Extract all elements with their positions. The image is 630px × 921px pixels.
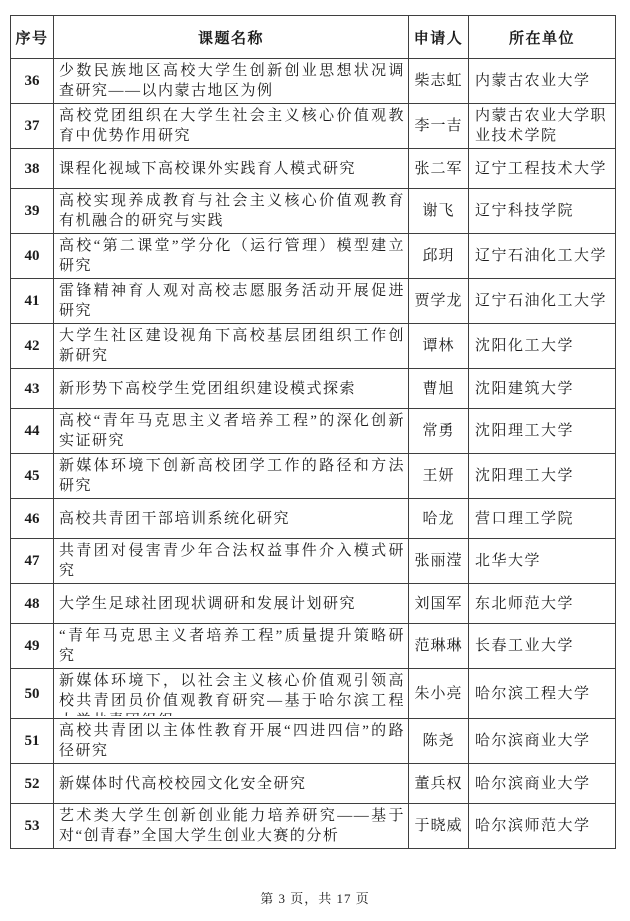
row-number-cell: 38 (11, 149, 54, 189)
row-number-cell: 39 (11, 189, 54, 234)
topic-title-cell: 高校“第二课堂”学分化（运行管理）模型建立研究 (54, 234, 409, 279)
applicant-cell: 王妍 (409, 454, 469, 499)
topics-table: 序号 课题名称 申请人 所在单位 36少数民族地区高校大学生创新创业思想状况调查… (10, 15, 616, 849)
unit-cell: 北华大学 (469, 539, 616, 584)
table-row: 49“青年马克思主义者培养工程”质量提升策略研究范琳琳长春工业大学 (11, 624, 616, 669)
unit-cell: 沈阳化工大学 (469, 324, 616, 369)
topic-title-text: 新形势下高校学生党团组织建设模式探索 (59, 379, 405, 399)
unit-cell: 辽宁工程技术大学 (469, 149, 616, 189)
applicant-cell: 张二军 (409, 149, 469, 189)
header-applicant: 申请人 (409, 16, 469, 59)
topic-title-cell: 高校党团组织在大学生社会主义核心价值观教育中优势作用研究 (54, 104, 409, 149)
applicant-cell: 谭林 (409, 324, 469, 369)
row-number-cell: 49 (11, 624, 54, 669)
topic-title-cell: 高校实现养成教育与社会主义核心价值观教育有机融合的研究与实践 (54, 189, 409, 234)
topic-title-text: 新媒体环境下，以社会主义核心价值观引领高校共青团员价值观教育研究—基于哈尔滨工程… (59, 671, 405, 716)
applicant-cell: 柴志虹 (409, 59, 469, 104)
unit-cell: 哈尔滨工程大学 (469, 669, 616, 719)
topic-title-cell: 雷锋精神育人观对高校志愿服务活动开展促进研究 (54, 279, 409, 324)
topic-title-text: 新媒体时代高校校园文化安全研究 (59, 774, 405, 794)
topic-title-cell: 高校共青团以主体性教育开展“四进四信”的路径研究 (54, 719, 409, 764)
topic-title-text: 共青团对侵害青少年合法权益事件介入模式研究 (59, 541, 405, 581)
topic-title-text: 大学生社区建设视角下高校基层团组织工作创新研究 (59, 326, 405, 366)
topic-title-cell: 大学生足球社团现状调研和发展计划研究 (54, 584, 409, 624)
row-number-cell: 46 (11, 499, 54, 539)
topic-title-text: 高校共青团干部培训系统化研究 (59, 509, 405, 529)
row-number-cell: 47 (11, 539, 54, 584)
row-number-cell: 43 (11, 369, 54, 409)
unit-cell: 沈阳理工大学 (469, 454, 616, 499)
topic-title-text: 少数民族地区高校大学生创新创业思想状况调查研究——以内蒙古地区为例 (59, 61, 405, 101)
topic-title-cell: 艺术类大学生创新创业能力培养研究——基于对“创青春”全国大学生创业大赛的分析 (54, 804, 409, 849)
header-no: 序号 (11, 16, 54, 59)
table-row: 43新形势下高校学生党团组织建设模式探索曹旭沈阳建筑大学 (11, 369, 616, 409)
row-number-cell: 50 (11, 669, 54, 719)
table-row: 53艺术类大学生创新创业能力培养研究——基于对“创青春”全国大学生创业大赛的分析… (11, 804, 616, 849)
unit-cell: 沈阳建筑大学 (469, 369, 616, 409)
row-number-cell: 45 (11, 454, 54, 499)
topic-title-text: 高校实现养成教育与社会主义核心价值观教育有机融合的研究与实践 (59, 191, 405, 231)
applicant-cell: 于晓威 (409, 804, 469, 849)
header-row: 序号 课题名称 申请人 所在单位 (11, 16, 616, 59)
unit-cell: 内蒙古农业大学职业技术学院 (469, 104, 616, 149)
topic-title-text: 高校“第二课堂”学分化（运行管理）模型建立研究 (59, 236, 405, 276)
unit-cell: 哈尔滨师范大学 (469, 804, 616, 849)
header-title: 课题名称 (54, 16, 409, 59)
table-row: 36少数民族地区高校大学生创新创业思想状况调查研究——以内蒙古地区为例柴志虹内蒙… (11, 59, 616, 104)
unit-cell: 哈尔滨商业大学 (469, 764, 616, 804)
unit-cell: 哈尔滨商业大学 (469, 719, 616, 764)
table-row: 44高校“青年马克思主义者培养工程”的深化创新实证研究常勇沈阳理工大学 (11, 409, 616, 454)
applicant-cell: 谢飞 (409, 189, 469, 234)
topic-title-text: 新媒体环境下创新高校团学工作的路径和方法研究 (59, 456, 405, 496)
table-row: 48大学生足球社团现状调研和发展计划研究刘国军东北师范大学 (11, 584, 616, 624)
row-number-cell: 36 (11, 59, 54, 104)
applicant-cell: 陈尧 (409, 719, 469, 764)
document-page: 序号 课题名称 申请人 所在单位 36少数民族地区高校大学生创新创业思想状况调查… (0, 0, 630, 921)
topic-title-text: 大学生足球社团现状调研和发展计划研究 (59, 594, 405, 614)
topic-title-cell: 高校共青团干部培训系统化研究 (54, 499, 409, 539)
table-row: 39高校实现养成教育与社会主义核心价值观教育有机融合的研究与实践谢飞辽宁科技学院 (11, 189, 616, 234)
table-row: 37高校党团组织在大学生社会主义核心价值观教育中优势作用研究李一吉内蒙古农业大学… (11, 104, 616, 149)
topic-title-text: 雷锋精神育人观对高校志愿服务活动开展促进研究 (59, 281, 405, 321)
topic-title-cell: 高校“青年马克思主义者培养工程”的深化创新实证研究 (54, 409, 409, 454)
applicant-cell: 刘国军 (409, 584, 469, 624)
unit-cell: 辽宁石油化工大学 (469, 234, 616, 279)
row-number-cell: 52 (11, 764, 54, 804)
topic-title-text: 高校“青年马克思主义者培养工程”的深化创新实证研究 (59, 411, 405, 451)
unit-cell: 辽宁科技学院 (469, 189, 616, 234)
topic-title-cell: 共青团对侵害青少年合法权益事件介入模式研究 (54, 539, 409, 584)
table-row: 50新媒体环境下，以社会主义核心价值观引领高校共青团员价值观教育研究—基于哈尔滨… (11, 669, 616, 719)
unit-cell: 长春工业大学 (469, 624, 616, 669)
applicant-cell: 邱玥 (409, 234, 469, 279)
topic-title-cell: 课程化视域下高校课外实践育人模式研究 (54, 149, 409, 189)
topic-title-text: 艺术类大学生创新创业能力培养研究——基于对“创青春”全国大学生创业大赛的分析 (59, 806, 405, 846)
applicant-cell: 曹旭 (409, 369, 469, 409)
row-number-cell: 42 (11, 324, 54, 369)
table-row: 45新媒体环境下创新高校团学工作的路径和方法研究王妍沈阳理工大学 (11, 454, 616, 499)
topic-title-text: 高校党团组织在大学生社会主义核心价值观教育中优势作用研究 (59, 106, 405, 146)
table-row: 46高校共青团干部培训系统化研究哈龙营口理工学院 (11, 499, 616, 539)
topic-title-text: “青年马克思主义者培养工程”质量提升策略研究 (59, 626, 405, 666)
row-number-cell: 51 (11, 719, 54, 764)
topic-title-cell: 新媒体环境下，以社会主义核心价值观引领高校共青团员价值观教育研究—基于哈尔滨工程… (54, 669, 409, 719)
applicant-cell: 李一吉 (409, 104, 469, 149)
topic-title-cell: “青年马克思主义者培养工程”质量提升策略研究 (54, 624, 409, 669)
unit-cell: 辽宁石油化工大学 (469, 279, 616, 324)
topic-title-text: 课程化视域下高校课外实践育人模式研究 (59, 159, 405, 179)
unit-cell: 内蒙古农业大学 (469, 59, 616, 104)
topic-title-text: 高校共青团以主体性教育开展“四进四信”的路径研究 (59, 721, 405, 761)
topic-title-cell: 大学生社区建设视角下高校基层团组织工作创新研究 (54, 324, 409, 369)
page-number-footer: 第 3 页，共 17 页 (0, 888, 630, 907)
row-number-cell: 44 (11, 409, 54, 454)
topic-title-cell: 新媒体环境下创新高校团学工作的路径和方法研究 (54, 454, 409, 499)
table-row: 51高校共青团以主体性教育开展“四进四信”的路径研究陈尧哈尔滨商业大学 (11, 719, 616, 764)
table-row: 52新媒体时代高校校园文化安全研究董兵权哈尔滨商业大学 (11, 764, 616, 804)
topic-title-cell: 少数民族地区高校大学生创新创业思想状况调查研究——以内蒙古地区为例 (54, 59, 409, 104)
header-unit: 所在单位 (469, 16, 616, 59)
applicant-cell: 朱小亮 (409, 669, 469, 719)
table-row: 42大学生社区建设视角下高校基层团组织工作创新研究谭林沈阳化工大学 (11, 324, 616, 369)
row-number-cell: 40 (11, 234, 54, 279)
table-row: 38课程化视域下高校课外实践育人模式研究张二军辽宁工程技术大学 (11, 149, 616, 189)
row-number-cell: 48 (11, 584, 54, 624)
applicant-cell: 张丽滢 (409, 539, 469, 584)
applicant-cell: 常勇 (409, 409, 469, 454)
applicant-cell: 范琳琳 (409, 624, 469, 669)
unit-cell: 东北师范大学 (469, 584, 616, 624)
applicant-cell: 哈龙 (409, 499, 469, 539)
table-row: 41雷锋精神育人观对高校志愿服务活动开展促进研究贾学龙辽宁石油化工大学 (11, 279, 616, 324)
topic-title-cell: 新媒体时代高校校园文化安全研究 (54, 764, 409, 804)
unit-cell: 沈阳理工大学 (469, 409, 616, 454)
table-row: 40高校“第二课堂”学分化（运行管理）模型建立研究邱玥辽宁石油化工大学 (11, 234, 616, 279)
row-number-cell: 37 (11, 104, 54, 149)
topic-title-cell: 新形势下高校学生党团组织建设模式探索 (54, 369, 409, 409)
applicant-cell: 董兵权 (409, 764, 469, 804)
row-number-cell: 41 (11, 279, 54, 324)
table-header: 序号 课题名称 申请人 所在单位 (11, 16, 616, 59)
table-body: 36少数民族地区高校大学生创新创业思想状况调查研究——以内蒙古地区为例柴志虹内蒙… (11, 59, 616, 849)
unit-cell: 营口理工学院 (469, 499, 616, 539)
table-row: 47共青团对侵害青少年合法权益事件介入模式研究张丽滢北华大学 (11, 539, 616, 584)
row-number-cell: 53 (11, 804, 54, 849)
applicant-cell: 贾学龙 (409, 279, 469, 324)
